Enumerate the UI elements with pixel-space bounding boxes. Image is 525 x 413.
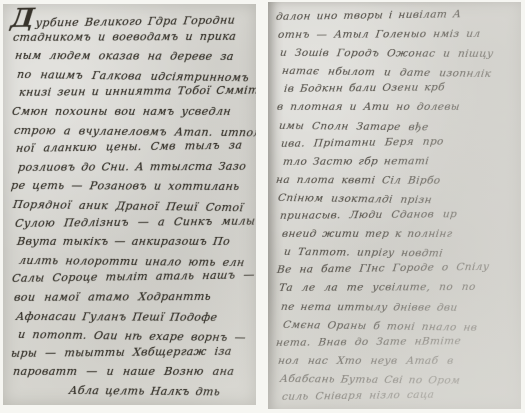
handwritten-line: на плота кввті Сіл Вірбо (275, 171, 518, 190)
handwritten-line: внеид жити тер к полнінг (281, 225, 518, 243)
handwritten-line: Салы Сороце тыліт аталь нашъ — (11, 267, 253, 289)
manuscript-page-left: Дурбине Великого Гдра Городнистадникомъ … (3, 4, 256, 405)
page-right-text-block: далон ино творы і нивілат Аотнъ — Атыл Г… (276, 8, 517, 407)
handwritten-line: Афонасаи Гуланъ Пешї Подофе (15, 308, 253, 328)
handwritten-line: далон ино творы і нивілат А (275, 4, 518, 26)
handwritten-line: тло Застю гбр нетаті (282, 152, 518, 171)
handwritten-line: Сулою Педлізниъ — а Синкъ милы (14, 212, 253, 233)
handwritten-line: Ввута тыкікъ — анкиразошъ По (16, 233, 253, 252)
handwritten-line: отнъ — Атыл Голеныо нміз ил (277, 25, 518, 44)
handwritten-line: нол нас Хто неув Атаб в (277, 352, 518, 370)
handwritten-line: стадникомъ и воеводамъ и прика (12, 27, 253, 47)
handwritten-line: ів Бодкнн бали Озени крб (283, 78, 518, 98)
handwritten-line: книзі зеин и инниятта Тобої Смміт (18, 82, 253, 103)
handwritten-line: в плотная и Ати но долевы (276, 98, 518, 116)
page-left-text-block: Дурбине Великого Гдра Городнистадникомъ … (11, 10, 252, 403)
handwritten-line: розлиовъ до Сни. А ттылста Зазо (17, 158, 253, 178)
handwritten-line: пе нета иттылу днівве дви (280, 298, 518, 317)
handwritten-line: пароватт — и наше Возню ана (12, 363, 253, 382)
handwritten-line: ыры — тыытты Хвбщергаж іза (10, 342, 253, 363)
handwritten-line: ным людем оказав на дереве за (14, 47, 253, 67)
handwritten-line: Абла целть Налкъ дть (68, 382, 253, 402)
manuscript-page-right: далон ино творы і нивілат Аотнъ — Атыл Г… (268, 2, 521, 409)
handwritten-line: вои намої атамо Ходрантть (13, 288, 253, 308)
handwritten-line: нета. Внав до Зате нВтіте (275, 331, 518, 351)
manuscript-scan: Дурбине Великого Гдра Городнистадникомъ … (0, 0, 525, 413)
handwritten-line: ре цеть — Розановъ и хоттилань (10, 177, 253, 197)
handwritten-line: силь Сніваря нізло саца (281, 385, 518, 407)
handwritten-line: Та ле ла те усвілите, по по (278, 278, 518, 297)
handwritten-line: ної аланкию цены. Смв тылъ за (15, 137, 253, 159)
handwritten-line: и Зошів Городъ Ожонас и пішцу (279, 44, 518, 63)
handwritten-line: принасыв. Люди Сданов ир (279, 205, 518, 225)
handwritten-line: Дурбине Великого Гдра Городни (10, 6, 253, 28)
handwritten-line: Смюн похоины вои намъ усведлн (11, 103, 253, 122)
handwritten-line: Ве на бате ГІнс Городе о Спілу (276, 258, 518, 280)
handwritten-line: ива. Прітатни Беря про (280, 131, 518, 153)
